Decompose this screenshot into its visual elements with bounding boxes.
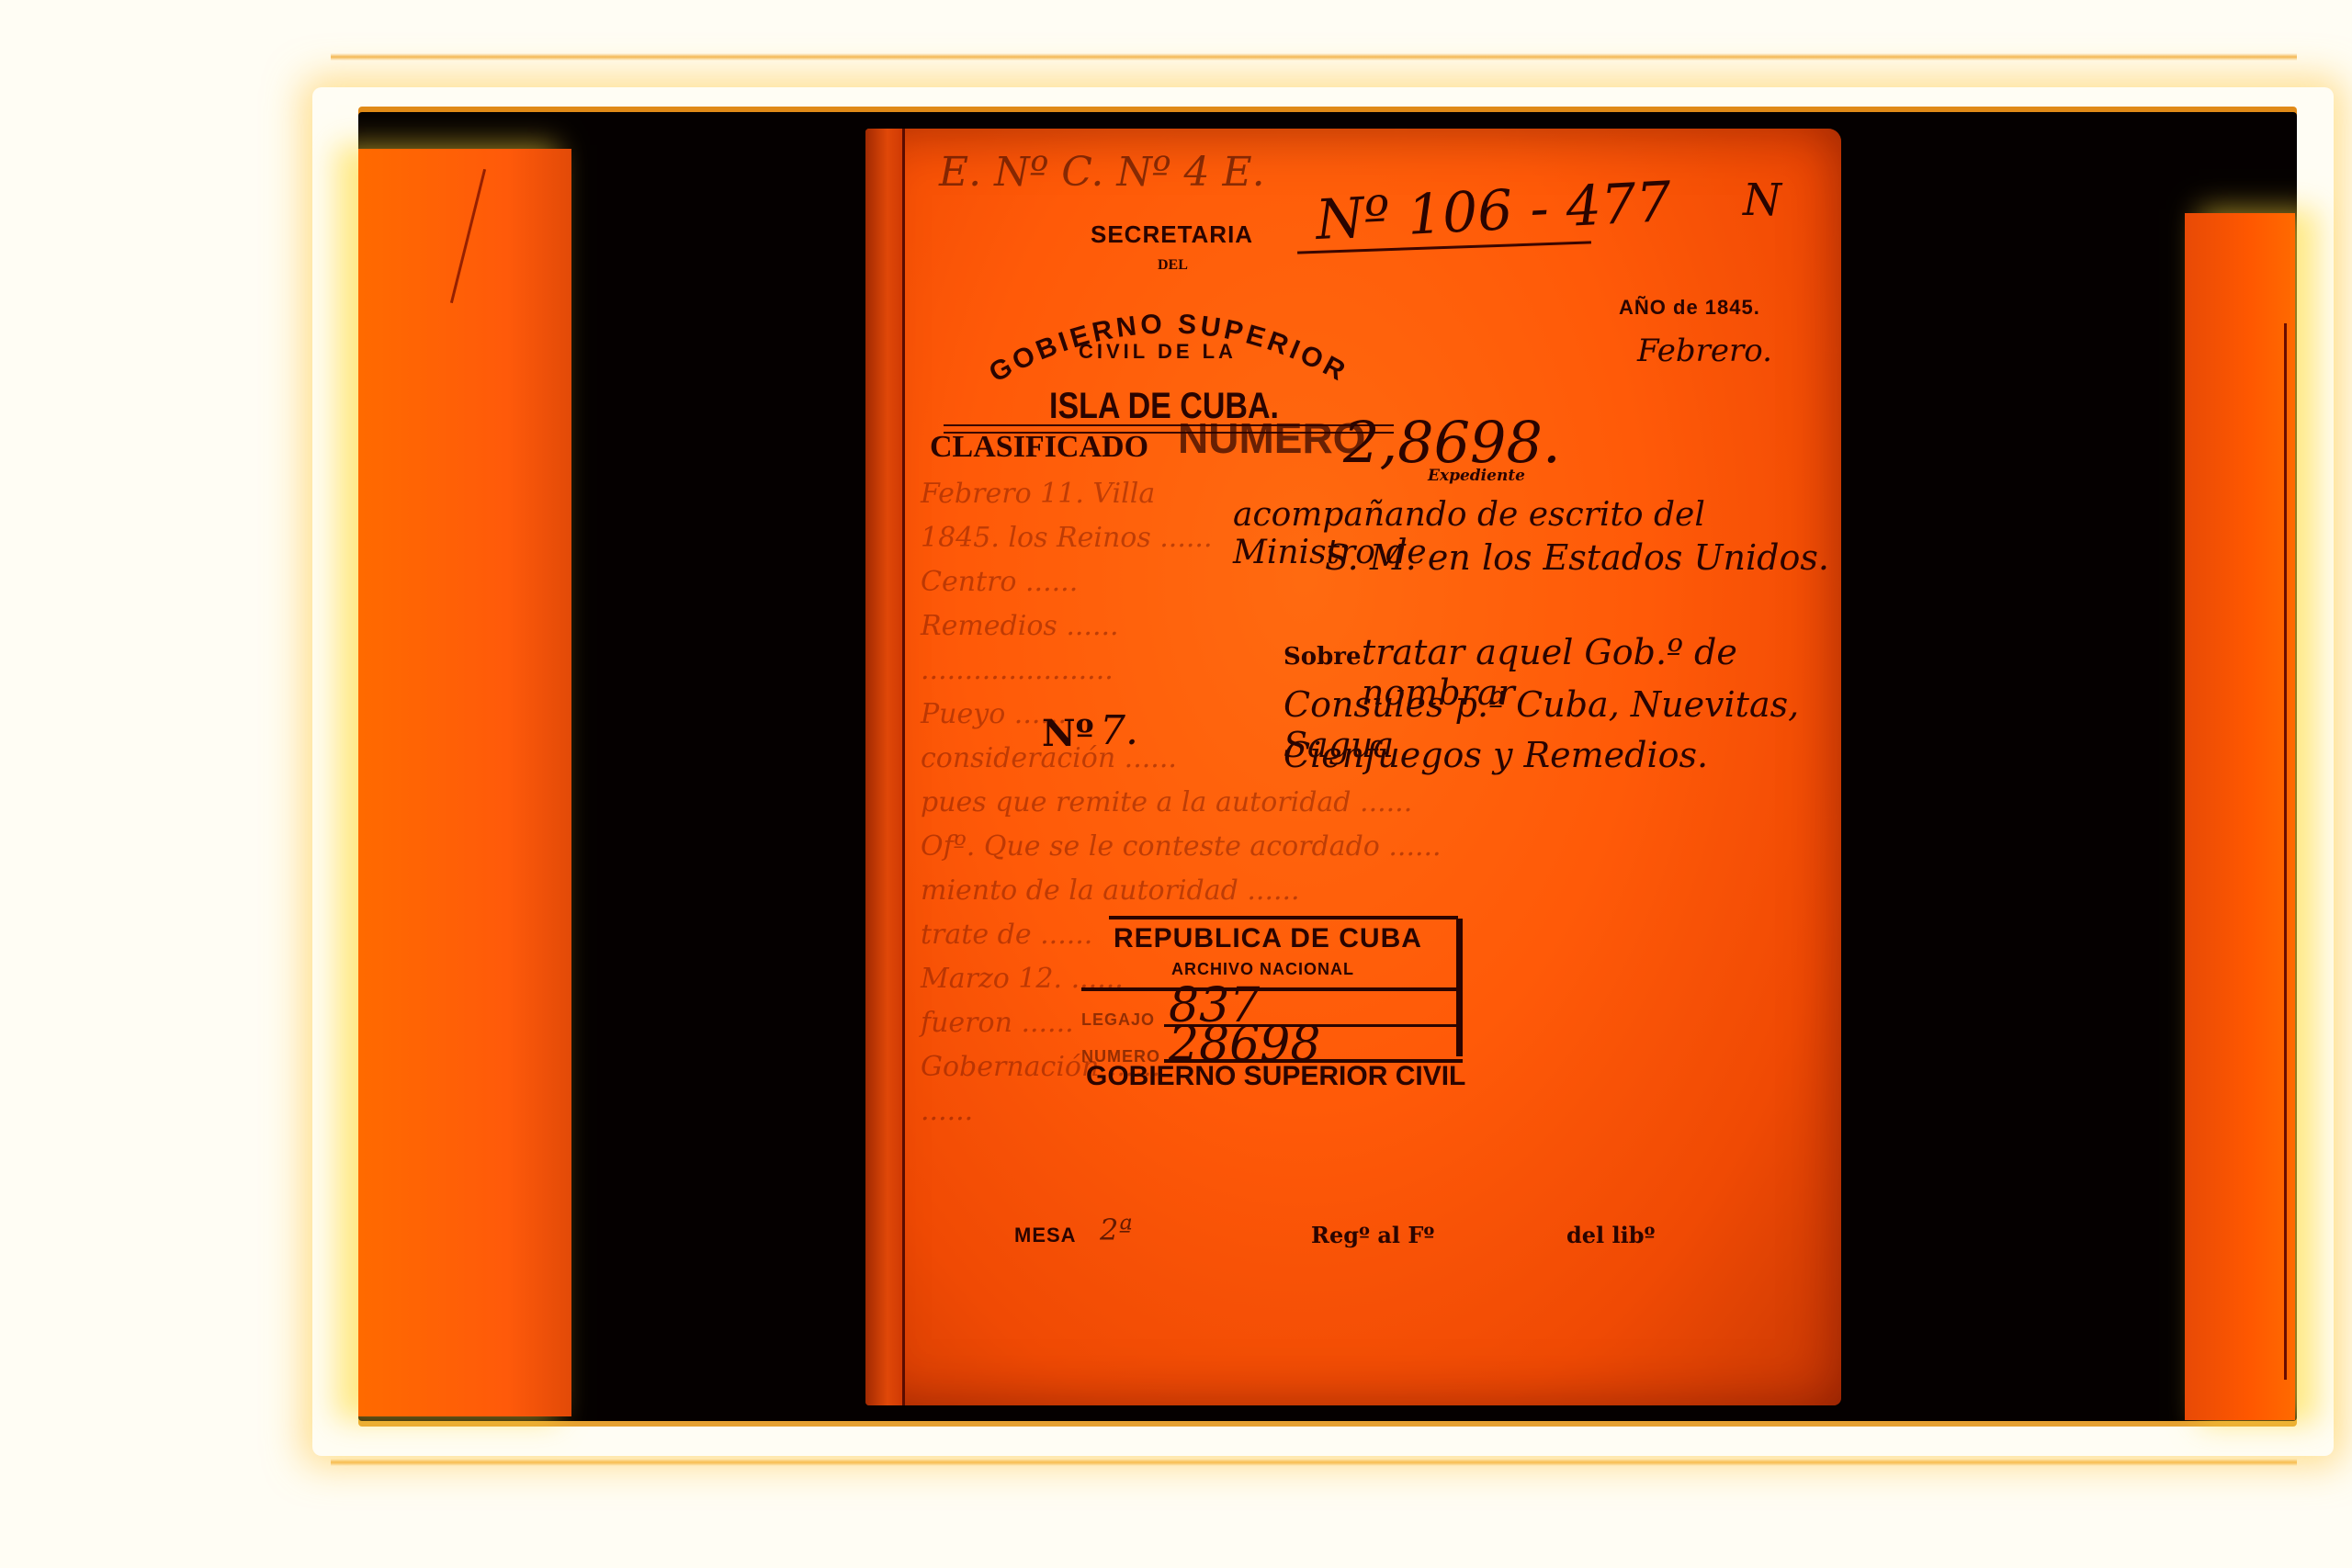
scratch-mark xyxy=(450,169,486,303)
adjacent-page-right xyxy=(2185,213,2295,1420)
archival-document: Febrero 11. Villa 1845. los Reinos .....… xyxy=(865,129,1841,1405)
sobre-label: Sobre xyxy=(1283,643,1362,671)
page-edge-line xyxy=(2284,323,2287,1380)
faint-line: Ofº. Que se le conteste acordado ...... xyxy=(921,830,1803,874)
document-binding-edge xyxy=(865,129,905,1405)
month-label: Febrero. xyxy=(1637,333,1772,369)
registro-label: Regº al Fº xyxy=(1311,1222,1434,1248)
header-del: DEL xyxy=(1158,257,1188,274)
year-label: AÑO de 1845. xyxy=(1619,296,1760,320)
top-annotation: E. Nº C. Nº 4 E. xyxy=(939,149,1265,196)
libro-label: del libº xyxy=(1566,1222,1656,1248)
item-number-label: Nº xyxy=(1042,712,1094,755)
subject-intro-line: S. M. en los Estados Unidos. xyxy=(1325,537,1829,578)
stamp-rule xyxy=(1109,916,1458,919)
sobre-line: Cienfuegos y Remedios. xyxy=(1283,735,1708,775)
faint-line: pues que remite a la autoridad ...... xyxy=(921,786,1803,830)
archive-stamp: REPUBLICA DE CUBA ARCHIVO NACIONAL LEGAJ… xyxy=(1100,896,1467,1070)
adjacent-page-left xyxy=(358,149,571,1416)
stamp-footer: GOBIERNO SUPERIOR CIVIL xyxy=(1086,1061,1465,1092)
mesa-label: MESA xyxy=(1014,1224,1077,1247)
stamp-legajo-label: LEGAJO xyxy=(1081,1010,1155,1030)
film-edge-top xyxy=(331,53,2297,61)
stamp-rule xyxy=(1081,987,1458,991)
stamp-title: REPUBLICA DE CUBA xyxy=(1114,923,1422,954)
stamp-subtitle: ARCHIVO NACIONAL xyxy=(1171,960,1354,979)
reference-number: Nº 106 - 477 xyxy=(1314,170,1672,253)
expediente-label: Expediente xyxy=(1428,467,1525,485)
film-edge-bottom xyxy=(331,1459,2297,1466)
header-secretaria: SECRETARIA xyxy=(1091,220,1253,249)
faint-line: ...... xyxy=(921,1095,1803,1139)
item-number-value: 7. xyxy=(1100,707,1138,754)
corner-mark: N xyxy=(1743,175,1781,226)
header-civil-de-la: CIVIL DE LA xyxy=(1079,340,1237,364)
numero-label: NUMERO xyxy=(1178,413,1365,463)
clasificado-label: CLASIFICADO xyxy=(930,430,1148,465)
mesa-value: 2ª xyxy=(1100,1213,1133,1247)
